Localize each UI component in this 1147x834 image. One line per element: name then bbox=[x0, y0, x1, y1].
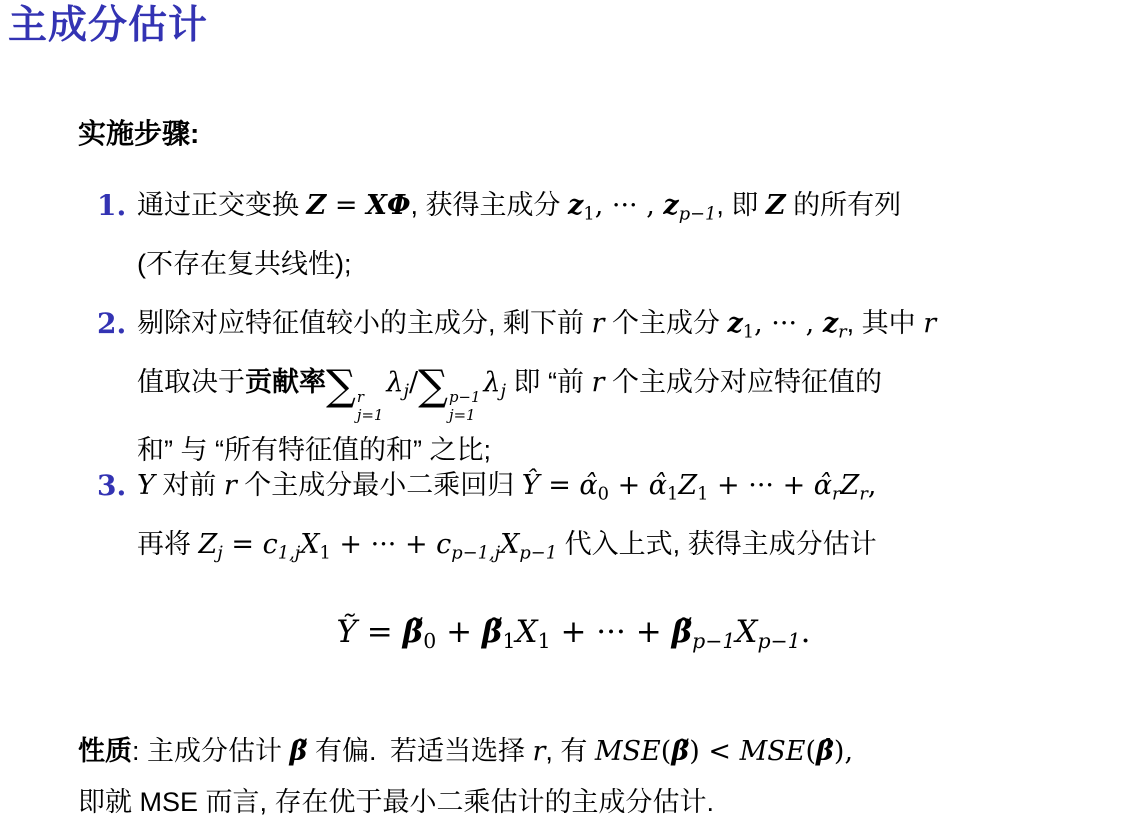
text-segment: Z bbox=[841, 470, 860, 501]
text-segment: p−1 bbox=[679, 203, 717, 224]
text-segment: ( bbox=[661, 736, 672, 767]
text-segment: (不存在复共线性); bbox=[137, 249, 351, 279]
text-line: Y 对前 r 个主成分最小二乘回归 Ŷ = α̂0 + α̂1Z1 + ··· … bbox=[137, 460, 877, 519]
text-segment: Z bbox=[678, 470, 697, 501]
text-segment: r bbox=[592, 308, 605, 339]
text-segment: XΦ bbox=[366, 190, 410, 221]
text-segment: β̃ bbox=[672, 614, 693, 650]
text-segment: 1 bbox=[697, 483, 708, 504]
text-segment: X bbox=[516, 614, 538, 650]
step-item-2: 2. 剔除对应特征值较小的主成分, 剩下前 r 个主成分 z1, ··· , z… bbox=[137, 298, 936, 476]
text-line: 即就 MSE 而言, 存在优于最小二乘估计的主成分估计. bbox=[78, 777, 853, 827]
page-title: 主成分估计 bbox=[8, 0, 208, 50]
text-segment: 个主成分 bbox=[604, 308, 727, 338]
slide: 主成分估计 实施步骤: 1. 通过正交变换 Z = XΦ, 获得主成分 z1, … bbox=[0, 0, 1147, 834]
text-segment: λ bbox=[483, 367, 500, 398]
text-segment: ∑ bbox=[326, 361, 356, 410]
text-segment: 的所有列 bbox=[786, 190, 902, 220]
text-segment: ∑ bbox=[418, 361, 448, 410]
sum-limits: p−1j=1 bbox=[449, 389, 480, 425]
text-segment: α̂ bbox=[649, 470, 667, 501]
text-segment: r bbox=[224, 470, 237, 501]
step-body-2: 剔除对应特征值较小的主成分, 剩下前 r 个主成分 z1, ··· , zr, … bbox=[137, 298, 936, 476]
text-segment: = bbox=[223, 529, 263, 560]
text-segment: Z bbox=[766, 190, 786, 221]
text-segment: α̂ bbox=[579, 470, 597, 501]
step-body-1: 通过正交变换 Z = XΦ, 获得主成分 z1, ··· , zp−1, 即 Z… bbox=[137, 180, 901, 290]
text-segment: z bbox=[568, 190, 583, 221]
sum-limits: rj=1 bbox=[357, 389, 383, 425]
text-segment: 通过正交变换 bbox=[137, 190, 307, 220]
text-segment: 即 “前 bbox=[506, 367, 592, 397]
display-equation: Ỹ = β̃0 + β̃1X1 + ··· + β̃p−1Xp−1. bbox=[0, 600, 1147, 673]
text-segment: 1 bbox=[320, 543, 331, 564]
text-segment: MSE bbox=[740, 736, 806, 767]
text-segment: + ··· + bbox=[708, 470, 813, 501]
text-segment: r bbox=[859, 483, 868, 504]
text-segment: , bbox=[868, 470, 877, 501]
text-segment: r bbox=[832, 483, 841, 504]
text-segment: α̂ bbox=[814, 470, 832, 501]
text-segment: MSE bbox=[595, 736, 661, 767]
text-line: 通过正交变换 Z = XΦ, 获得主成分 z1, ··· , zp−1, 即 Z… bbox=[137, 180, 901, 239]
text-segment: , 其中 bbox=[847, 308, 924, 338]
text-segment: , 有 bbox=[545, 736, 595, 766]
text-segment: 代入上式, 获得主成分估计 bbox=[557, 529, 877, 559]
text-segment: 1 bbox=[667, 483, 678, 504]
sum-upper-limit: r bbox=[357, 389, 383, 407]
text-segment: 对前 bbox=[155, 470, 224, 500]
text-segment: 0 bbox=[598, 483, 609, 504]
text-segment: z bbox=[823, 308, 838, 339]
text-segment: Z bbox=[199, 529, 218, 560]
text-line: 性质: 主成分估计 β̃ 有偏. 若适当选择 r, 有 MSE(β̃) < MS… bbox=[78, 726, 853, 777]
text-segment: 即就 MSE 而言, 存在优于最小二乘估计的主成分估计. bbox=[78, 787, 714, 817]
text-segment: 0 bbox=[423, 629, 436, 653]
text-segment: / bbox=[409, 367, 418, 398]
property-paragraph: 性质: 主成分估计 β̃ 有偏. 若适当选择 r, 有 MSE(β̃) < MS… bbox=[78, 726, 853, 827]
text-segment: + ··· + bbox=[551, 614, 672, 650]
text-segment: + bbox=[436, 614, 482, 650]
step-item-3: 3. Y 对前 r 个主成分最小二乘回归 Ŷ = α̂0 + α̂1Z1 + ·… bbox=[137, 460, 877, 579]
text-segment: ) < bbox=[689, 736, 739, 767]
text-segment: ), bbox=[834, 736, 853, 767]
text-segment: : 主成分估计 bbox=[132, 736, 290, 766]
text-segment: p−1 bbox=[757, 629, 800, 653]
text-segment: . bbox=[801, 614, 811, 650]
sum-lower-limit: j=1 bbox=[449, 407, 480, 425]
text-segment: λ bbox=[386, 367, 403, 398]
step-item-1: 1. 通过正交变换 Z = XΦ, 获得主成分 z1, ··· , zp−1, … bbox=[137, 180, 901, 290]
text-segment: X bbox=[735, 614, 757, 650]
text-segment: r bbox=[592, 367, 605, 398]
text-segment: 1,j bbox=[278, 543, 301, 564]
text-segment: 再将 bbox=[137, 529, 199, 559]
text-segment: z bbox=[663, 190, 678, 221]
text-segment: r bbox=[838, 321, 847, 342]
sum-lower-limit: j=1 bbox=[357, 407, 383, 425]
text-line: Ỹ = β̃0 + β̃1X1 + ··· + β̃p−1Xp−1. bbox=[0, 600, 1147, 673]
text-segment: β̃ bbox=[403, 614, 424, 650]
text-segment: 个主成分最小二乘回归 bbox=[237, 470, 522, 500]
text-segment: = bbox=[540, 470, 580, 501]
text-segment: + ··· + bbox=[331, 529, 436, 560]
text-segment: = bbox=[326, 190, 366, 221]
text-line: 值取决于贡献率∑rj=1λj/∑p−1j=1λj 即 “前 r 个主成分对应特征… bbox=[137, 357, 936, 425]
text-segment: ( bbox=[805, 736, 816, 767]
step-number-3: 3. bbox=[97, 460, 126, 511]
section-heading: 实施步骤: bbox=[78, 112, 199, 152]
step-body-3: Y 对前 r 个主成分最小二乘回归 Ŷ = α̂0 + α̂1Z1 + ··· … bbox=[137, 460, 877, 579]
text-segment: r bbox=[923, 308, 936, 339]
text-segment: r bbox=[532, 736, 545, 767]
text-segment: β̂ bbox=[816, 736, 834, 767]
sum-upper-limit: p−1 bbox=[449, 389, 480, 407]
text-segment: X bbox=[300, 529, 319, 560]
text-segment: c bbox=[263, 529, 278, 560]
text-segment: p−1 bbox=[519, 543, 557, 564]
text-segment: 剔除对应特征值较小的主成分, 剩下前 bbox=[137, 308, 592, 338]
text-segment: 1 bbox=[503, 629, 516, 653]
text-segment: β̃ bbox=[671, 736, 689, 767]
text-segment: , 即 bbox=[716, 190, 766, 220]
text-segment: p−1 bbox=[692, 629, 735, 653]
text-line: 剔除对应特征值较小的主成分, 剩下前 r 个主成分 z1, ··· , zr, … bbox=[137, 298, 936, 357]
step-number-1: 1. bbox=[97, 180, 126, 231]
text-segment: 1 bbox=[538, 629, 551, 653]
text-segment: 有偏. 若适当选择 bbox=[307, 736, 532, 766]
text-segment: z bbox=[727, 308, 742, 339]
text-segment: Y bbox=[137, 470, 155, 501]
text-segment: 1 bbox=[743, 321, 754, 342]
text-segment: , 获得主成分 bbox=[411, 190, 569, 220]
text-segment: , ··· , bbox=[754, 308, 823, 339]
text-segment: 1 bbox=[583, 203, 594, 224]
text-segment: 性质 bbox=[78, 736, 132, 766]
text-line: 再将 Zj = c1,jX1 + ··· + cp−1,jXp−1 代入上式, … bbox=[137, 519, 877, 578]
text-segment: 贡献率 bbox=[245, 367, 326, 397]
text-segment: Ŷ bbox=[522, 470, 540, 501]
text-segment: X bbox=[500, 529, 519, 560]
step-number-2: 2. bbox=[97, 298, 126, 349]
text-segment: , ··· , bbox=[595, 190, 664, 221]
text-segment: p−1,j bbox=[451, 543, 500, 564]
text-segment: = bbox=[357, 614, 403, 650]
text-segment: 值取决于 bbox=[137, 367, 245, 397]
text-segment: β̃ bbox=[290, 736, 308, 767]
text-line: (不存在复共线性); bbox=[137, 239, 901, 290]
text-segment: Ỹ bbox=[336, 614, 356, 650]
text-segment: Z bbox=[307, 190, 327, 221]
text-segment: β̃ bbox=[482, 614, 503, 650]
text-segment: 个主成分对应特征值的 bbox=[604, 367, 882, 397]
text-segment: c bbox=[436, 529, 451, 560]
text-segment: + bbox=[609, 470, 649, 501]
